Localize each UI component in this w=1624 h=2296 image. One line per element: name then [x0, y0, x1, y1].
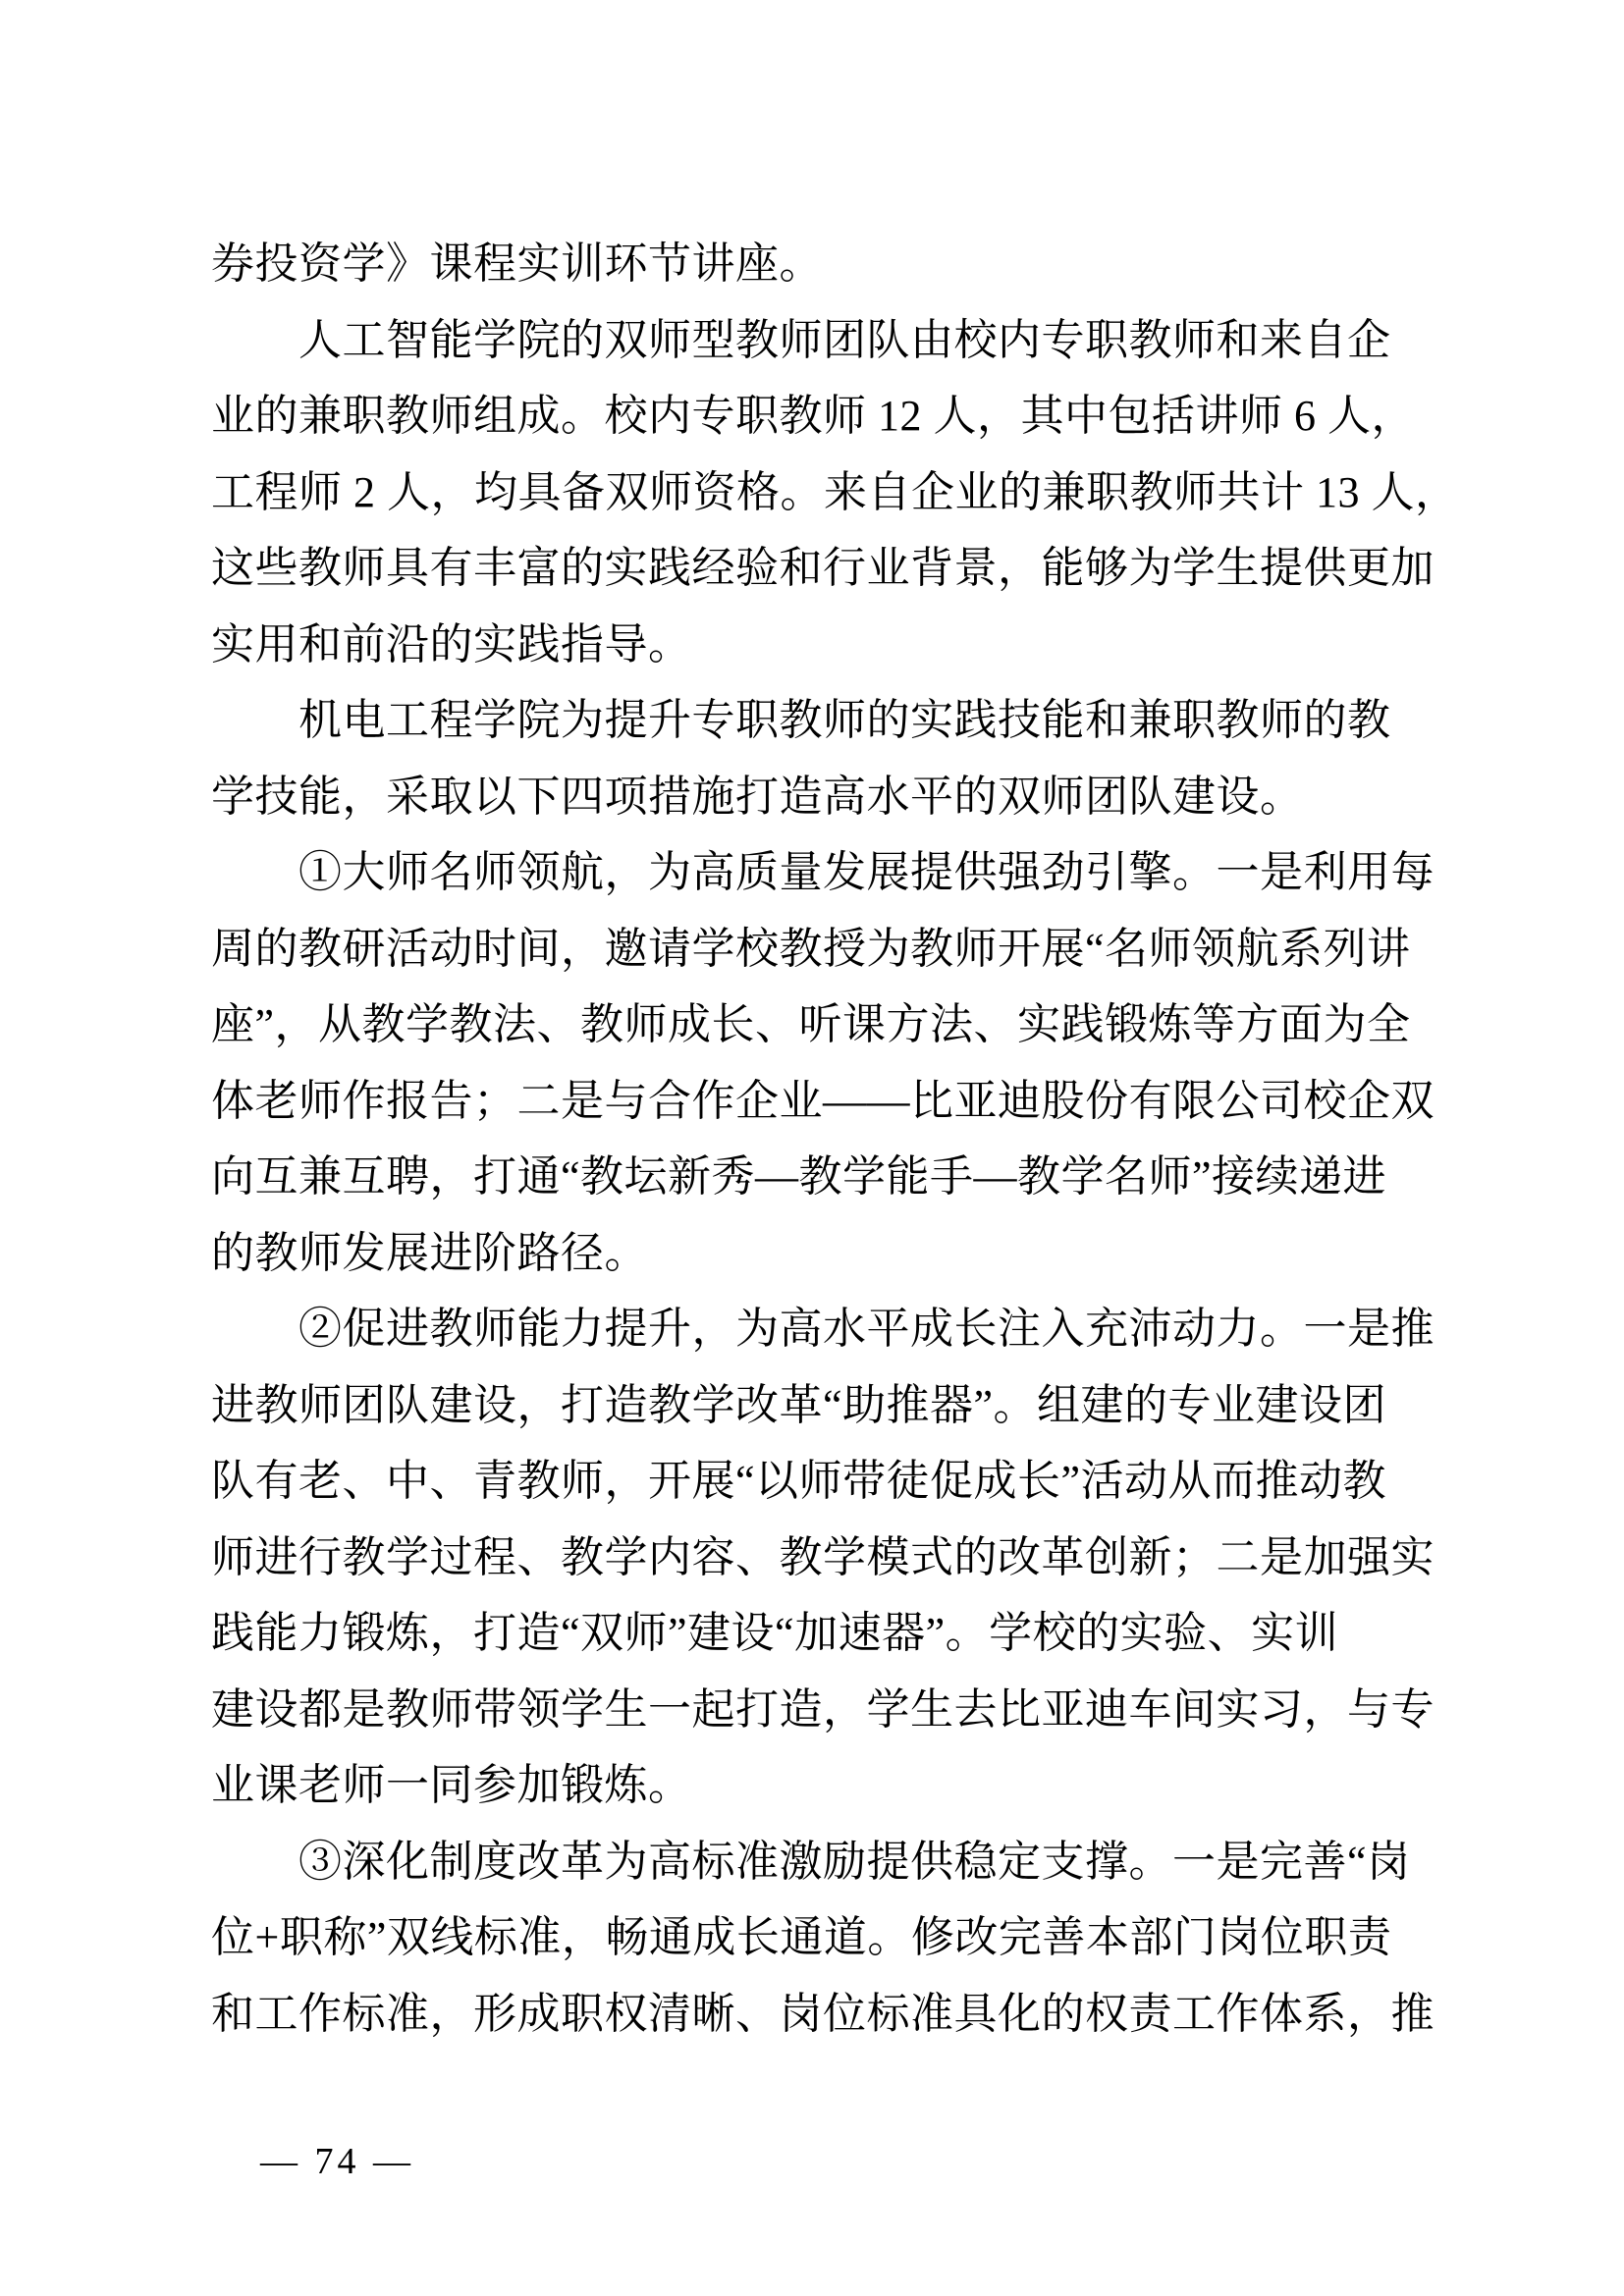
page-footer: — 74 —: [207, 2097, 414, 2226]
body-line: 人工智能学院的双师型教师团队由校内专职教师和来自企: [211, 302, 1438, 379]
body-line: ②促进教师能力提升，为高水平成长注入充沛动力。一是推: [211, 1291, 1438, 1367]
body-line: 这些教师具有丰富的实践经验和行业背景，能够为学生提供更加: [211, 530, 1438, 607]
body-line: 位+职称”双线标准，畅通成长通道。修改完善本部门岗位职责: [211, 1899, 1438, 1976]
body-line: 队有老、中、青教师，开展“以师带徒促成长”活动从而推动教: [211, 1443, 1438, 1520]
body-line: 工程师 2 人，均具备双师资格。来自企业的兼职教师共计 13 人，: [211, 454, 1438, 531]
body-line: 践能力锻炼，打造“双师”建设“加速器”。学校的实验、实训: [211, 1595, 1438, 1672]
page-number: — 74 —: [260, 2141, 414, 2182]
body-line: 进教师团队建设，打造教学改革“助推器”。组建的专业建设团: [211, 1367, 1438, 1444]
body-line: ①大师名师领航，为高质量发展提供强劲引擎。一是利用每: [211, 834, 1438, 911]
body-line: 向互兼互聘，打通“教坛新秀—教学能手—教学名师”接续递进: [211, 1139, 1438, 1215]
document-page: 券投资学》课程实训环节讲座。 人工智能学院的双师型教师团队由校内专职教师和来自企…: [0, 0, 1624, 2296]
body-line: 券投资学》课程实训环节讲座。: [211, 226, 1438, 302]
body-line: 周的教研活动时间，邀请学校教授为教师开展“名师领航系列讲: [211, 911, 1438, 988]
body-line: ③深化制度改革为高标准激励提供稳定支撑。一是完善“岗: [211, 1824, 1438, 1900]
body-text: 券投资学》课程实训环节讲座。 人工智能学院的双师型教师团队由校内专职教师和来自企…: [211, 226, 1438, 2052]
body-line: 实用和前沿的实践指导。: [211, 607, 1438, 683]
body-line: 机电工程学院为提升专职教师的实践技能和兼职教师的教: [211, 682, 1438, 759]
body-line: 学技能，采取以下四项措施打造高水平的双师团队建设。: [211, 759, 1438, 835]
body-line: 体老师作报告；二是与合作企业——比亚迪股份有限公司校企双: [211, 1063, 1438, 1140]
body-line: 建设都是教师带领学生一起打造，学生去比亚迪车间实习，与专: [211, 1672, 1438, 1748]
body-line: 师进行教学过程、教学内容、教学模式的改革创新；二是加强实: [211, 1520, 1438, 1596]
body-line: 座”，从教学教法、教师成长、听课方法、实践锻炼等方面为全: [211, 987, 1438, 1063]
body-line: 和工作标准，形成职权清晰、岗位标准具化的权责工作体系，推: [211, 1976, 1438, 2053]
body-line: 业课老师一同参加锻炼。: [211, 1747, 1438, 1824]
body-line: 业的兼职教师组成。校内专职教师 12 人，其中包括讲师 6 人，: [211, 378, 1438, 454]
body-line: 的教师发展进阶路径。: [211, 1215, 1438, 1292]
